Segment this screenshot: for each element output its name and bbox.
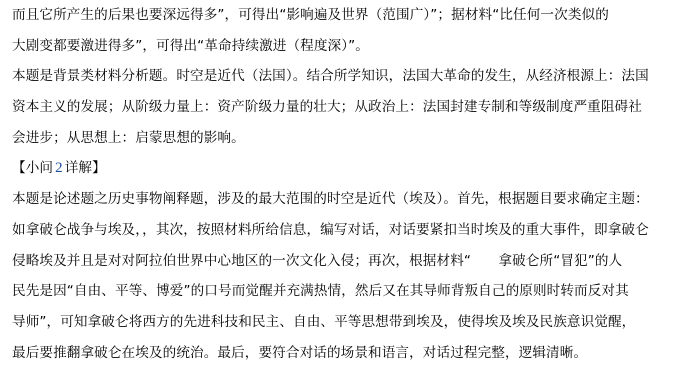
text-line: 大剧变都要激进得多”，可得出“革命持续激进（程度深）”。 <box>12 31 688 62</box>
text-line: 最后要推翻拿破仑在埃及的统治。最后，要符合对话的场景和语言，对话过程完整，逻辑清… <box>12 338 688 369</box>
text-line: 导师”，可知拿破仑将西方的先进科技和民主、自由、平等思想带到埃及，使得埃及埃及民… <box>12 307 688 338</box>
text-line: 民先是因“自由、平等、博爱”的口号而觉醒并充满热情，然后又在其导师背叛自己的原则… <box>12 276 688 307</box>
heading-number: 2 <box>55 160 63 176</box>
text-line: 本题是背景类材料分析题。时空是近代（法国）。结合所学知识，法国大革命的发生，从经… <box>12 61 688 92</box>
text-line: 资本主义的发展；从阶级力量上：资产阶级力量的壮大；从政治上：法国封建专制和等级制… <box>12 92 688 123</box>
section-heading-question-2: 【小问2详解】 <box>12 153 688 184</box>
text-line: 如拿破仑战争与埃及，，其次，按照材料所给信息，编写对话，对话要紧扣当时埃及的重大… <box>12 215 688 246</box>
heading-prefix: 【小问 <box>12 160 53 176</box>
text-line: 而且它所产生的后果也要深远得多”，可得出“影响遍及世界（范围广）”；据材料“比任… <box>12 0 688 31</box>
text-line: 会进步；从思想上：启蒙思想的影响。 <box>12 123 688 154</box>
text-line: 侵略埃及并且是对对阿拉伯世界中心地区的一次文化入侵；再次，根据材料“ 拿破仑所“… <box>12 246 688 277</box>
answer-explanation-document: 而且它所产生的后果也要深远得多”，可得出“影响遍及世界（范围广）”；据材料“比任… <box>12 0 688 368</box>
heading-suffix: 详解】 <box>65 160 106 176</box>
text-line: 本题是论述题之历史事物阐释题，涉及的最大范围的时空是近代（埃及）。首先，根据题目… <box>12 184 688 215</box>
